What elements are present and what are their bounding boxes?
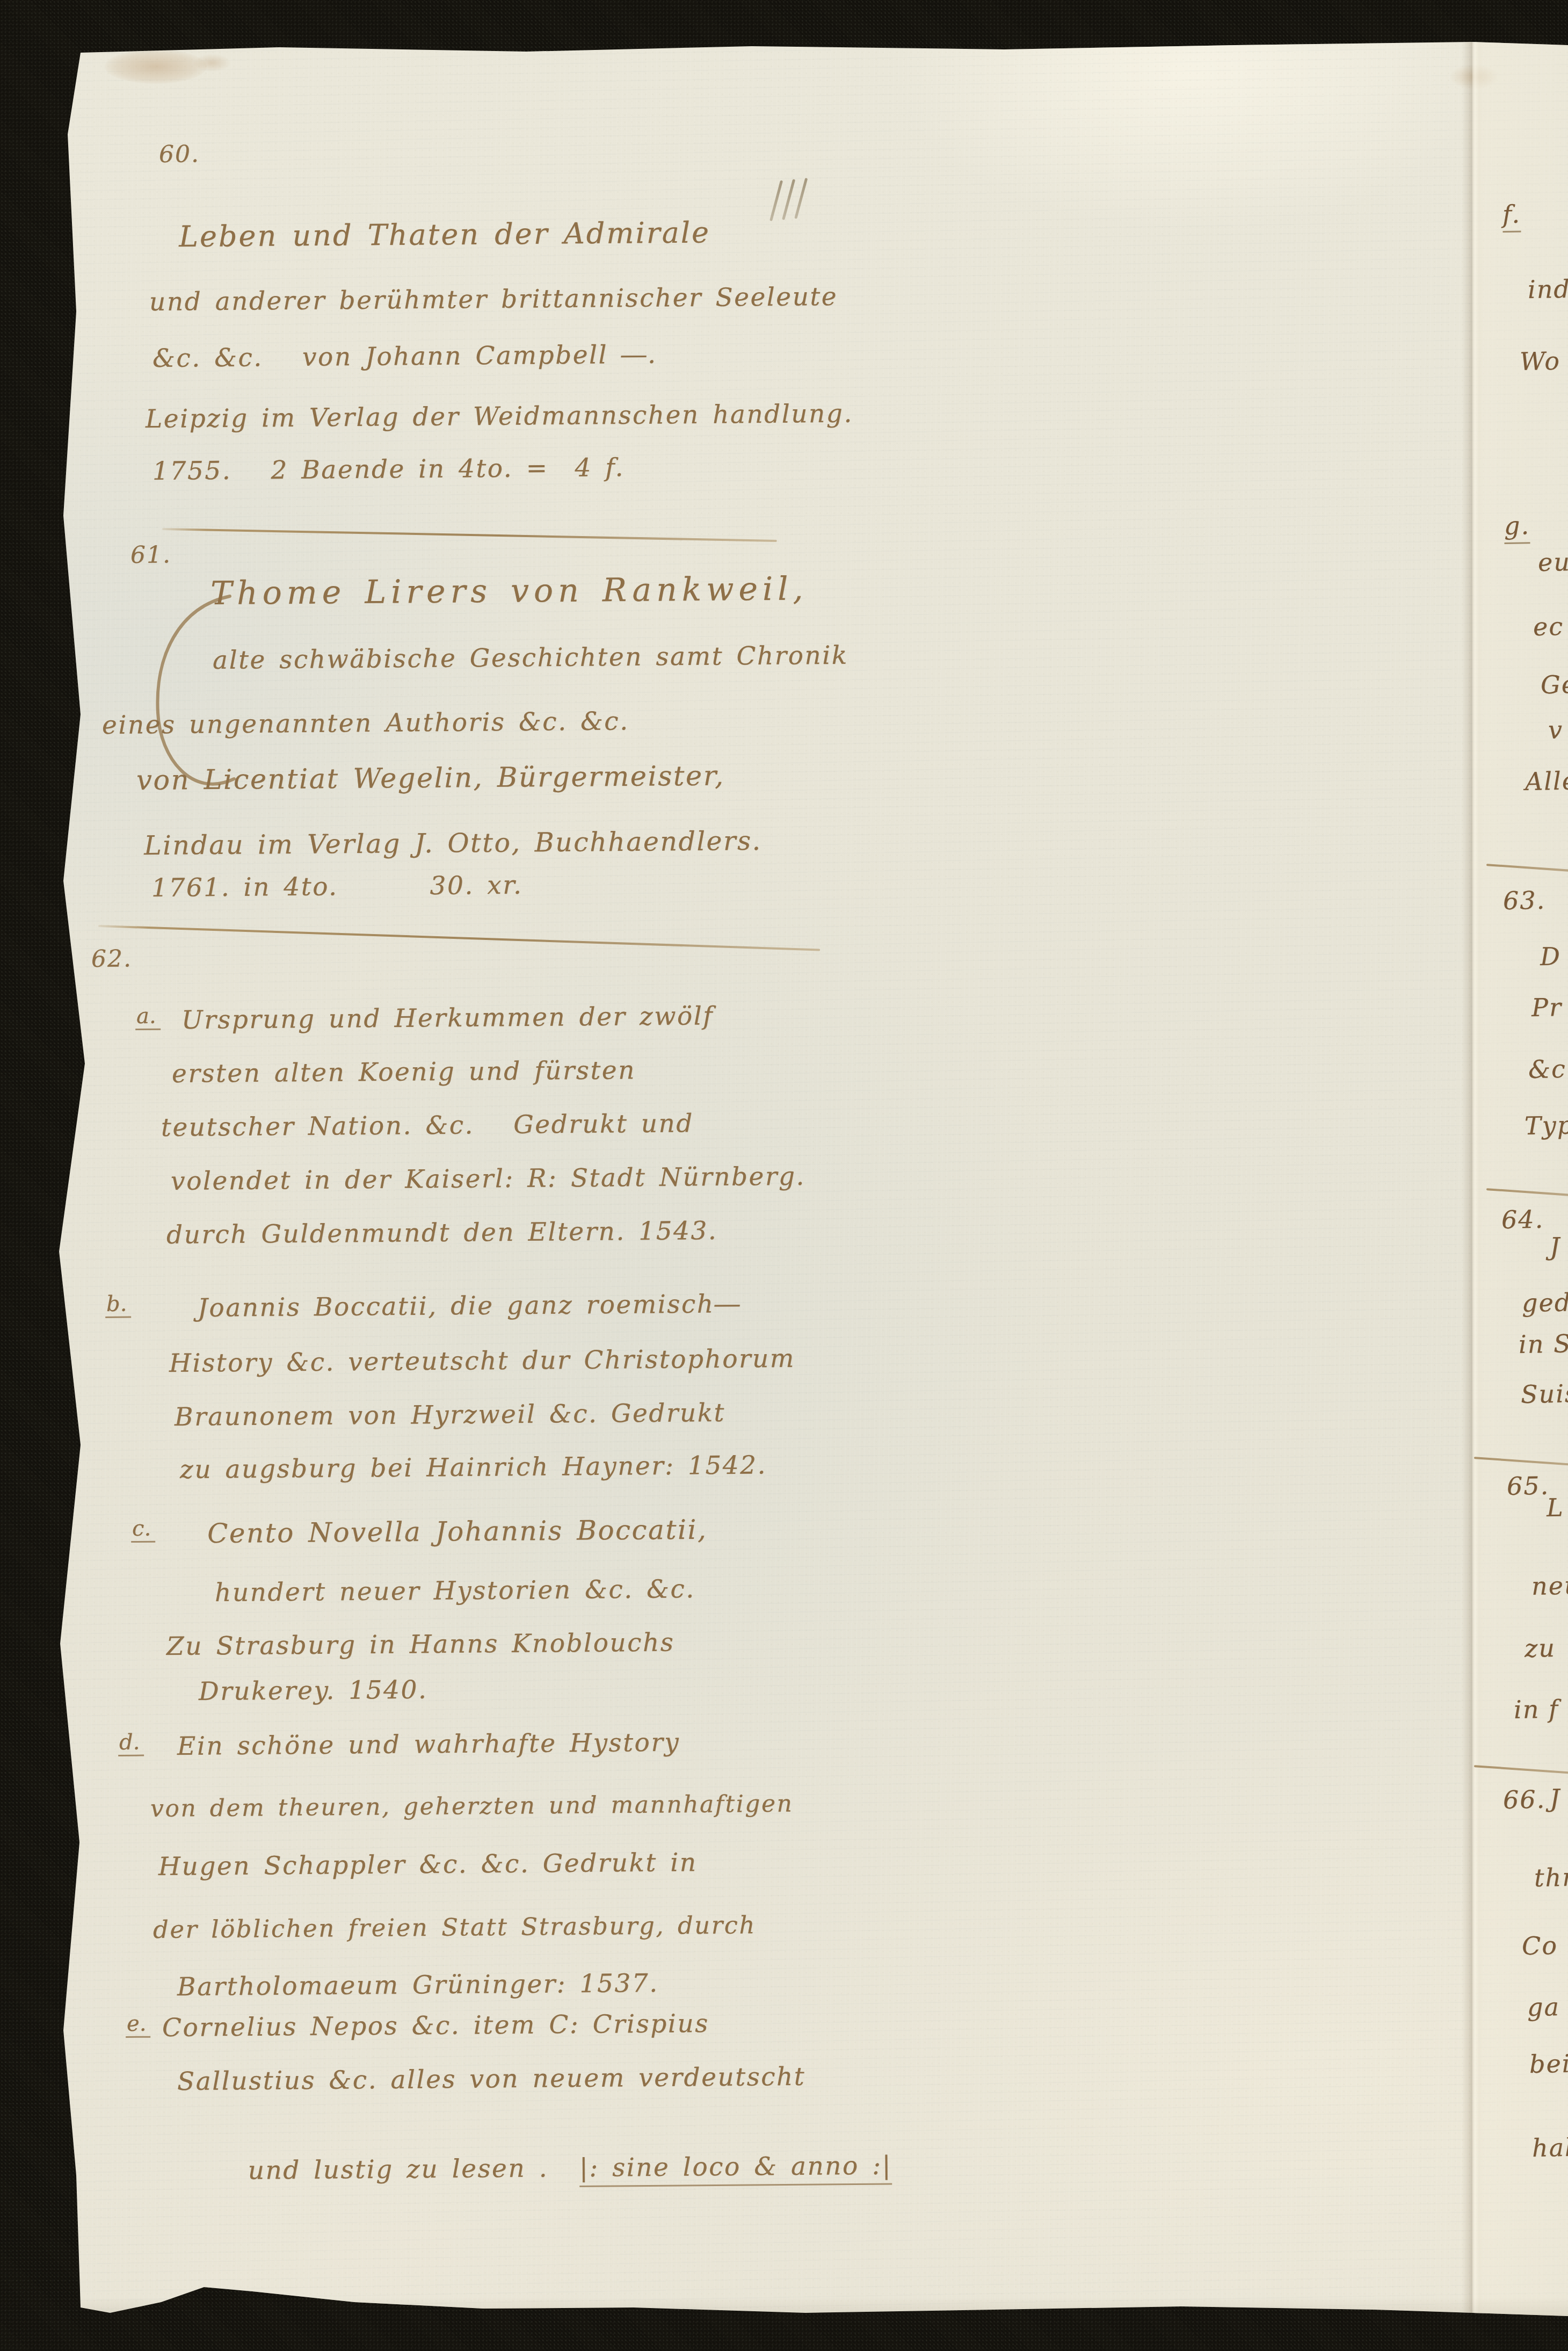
item-label: a. (135, 1005, 161, 1030)
manuscript-line: Sallustius &c. alles von neuem verdeutsc… (177, 2062, 806, 2096)
manuscript-line: Bartholomaeum Grüninger: 1537. (177, 1969, 659, 2002)
manuscript-line: der löblichen freien Statt Strasburg, du… (153, 1911, 756, 1944)
entry-number: 62. (91, 945, 132, 973)
manuscript-line: Cento Novella Johannis Boccatii, (207, 1514, 708, 1549)
facing-fragment: D (1540, 942, 1562, 971)
sine-loco-anno-note: |: sine loco & anno :| (579, 2151, 892, 2187)
manuscript-line: eines ungenannten Authoris &c. &c. (102, 706, 629, 740)
facing-fragment: bei (1529, 2049, 1568, 2079)
facing-fragment: Pr (1531, 993, 1563, 1022)
manuscript-line: Thome Lirers von Rankweil, (210, 570, 808, 612)
manuscript-line: Hugen Schappler &c. &c. Gedrukt in (158, 1848, 698, 1882)
manuscript-line: Braunonem von Hyrzweil &c. Gedrukt (175, 1398, 725, 1432)
manuscript-line: von dem theuren, geherzten und mannhafti… (150, 1790, 794, 1822)
facing-entry-number: 66. (1503, 1785, 1546, 1814)
manuscript-line: hundert neuer Hystorien &c. &c. (215, 1574, 695, 1608)
manuscript-line: Cornelius Nepos &c. item C: Crispius (162, 2009, 709, 2043)
facing-entry-number: 65. (1507, 1471, 1550, 1501)
facing-fragment: eu (1538, 547, 1568, 577)
manuscript-line: volendet in der Kaiserl: R: Stadt Nürnbe… (171, 1162, 805, 1196)
manuscript-line: und anderer berühmter brittannischer See… (149, 282, 838, 317)
manuscript-line: Zu Strasburg in Hanns Knoblouchs (166, 1628, 675, 1661)
facing-fragment: L (1547, 1493, 1564, 1522)
facing-item-label: f. (1502, 199, 1521, 233)
manuscript-line: &c. &c. von Johann Campbell ―. (153, 340, 657, 373)
facing-fragment: in f (1514, 1695, 1559, 1724)
manuscript-line: 1755. 2 Baende in 4to. = 4 f. (153, 453, 625, 486)
facing-fragment: Wo (1520, 346, 1561, 376)
page-edge-shadow (0, 2297, 1568, 2330)
facing-entry-number: 63. (1503, 886, 1546, 915)
facing-fragment: Ge (1541, 670, 1568, 699)
facing-fragment: ec (1533, 612, 1564, 641)
paper-stain (193, 54, 231, 72)
facing-fragment: ga (1527, 1992, 1560, 2022)
tally-stroke (782, 179, 795, 220)
manuscript-line: Leben und Thaten der Admirale (179, 215, 710, 254)
facing-fragment: neu (1531, 1571, 1568, 1601)
paper-sheet: 60. Leben und Thaten der Admirale und an… (0, 0, 1568, 2351)
manuscript-line: Ein schöne und wahrhafte Hystory (177, 1728, 680, 1761)
tally-stroke (794, 178, 808, 219)
manuscript-line: History &c. verteutscht dur Christophoru… (169, 1344, 795, 1378)
manuscript-line: zu augsburg bei Hainrich Hayner: 1542. (180, 1450, 767, 1485)
manuscript-line: Lindau im Verlag J. Otto, Buchhaendlers. (144, 826, 762, 861)
manuscript-line: Drukerey. 1540. (199, 1675, 428, 1706)
facing-fragment: v (1548, 715, 1564, 744)
facing-fragment: zu (1525, 1633, 1556, 1663)
facing-fragment: hal (1532, 2133, 1568, 2162)
facing-fragment: ind (1528, 274, 1568, 304)
manuscript-line: teutscher Nation. &c. Gedrukt und (161, 1109, 694, 1142)
manuscript-line: durch Guldenmundt den Eltern. 1543. (166, 1216, 718, 1250)
item-label: c. (131, 1518, 155, 1543)
facing-fragment: J (1550, 1784, 1561, 1813)
facing-fragment: gedr (1522, 1287, 1568, 1318)
facing-fragment: Co (1522, 1931, 1558, 1961)
entry-number: 60. (159, 140, 200, 168)
facing-fragment: Suis (1521, 1379, 1568, 1409)
item-label: b. (105, 1293, 132, 1318)
facing-item-label: g. (1504, 511, 1530, 544)
manuscript-line: 1761. in 4to. 30. xr. (151, 871, 523, 903)
manuscript-line: ersten alten Koenig und fürsten (172, 1055, 636, 1089)
facing-fragment: Typ (1525, 1110, 1568, 1140)
facing-fragment: thr (1534, 1863, 1568, 1892)
manuscript-line: alte schwäbische Geschichten samt Chroni… (213, 641, 848, 675)
item-label: e. (126, 2013, 151, 2038)
facing-fragment: &c (1528, 1054, 1567, 1084)
facing-entry-number: 64. (1501, 1205, 1544, 1234)
entry-number: 61. (130, 541, 171, 569)
manuscript-line: Leipzig im Verlag der Weidmannschen hand… (146, 399, 853, 434)
manuscript-line: von Licentiat Wegelin, Bürgermeister, (136, 760, 725, 797)
tally-mark (774, 177, 818, 228)
manuscript-phrase: und lustig zu lesen . (248, 2153, 548, 2185)
manuscript-line: und lustig zu lesen .|: sine loco & anno… (169, 2121, 892, 2216)
scanned-manuscript: 60. Leben und Thaten der Admirale und an… (0, 0, 1568, 2351)
facing-fragment: Alle (1525, 766, 1568, 796)
item-label: d. (118, 1732, 144, 1756)
manuscript-line: Joannis Boccatii, die ganz roemisch― (198, 1289, 741, 1323)
facing-fragment: J (1550, 1232, 1561, 1261)
manuscript-line: Ursprung und Herkummen der zwölf (182, 1001, 714, 1035)
paper-stain (105, 49, 207, 84)
facing-fragment: in S (1519, 1329, 1568, 1359)
